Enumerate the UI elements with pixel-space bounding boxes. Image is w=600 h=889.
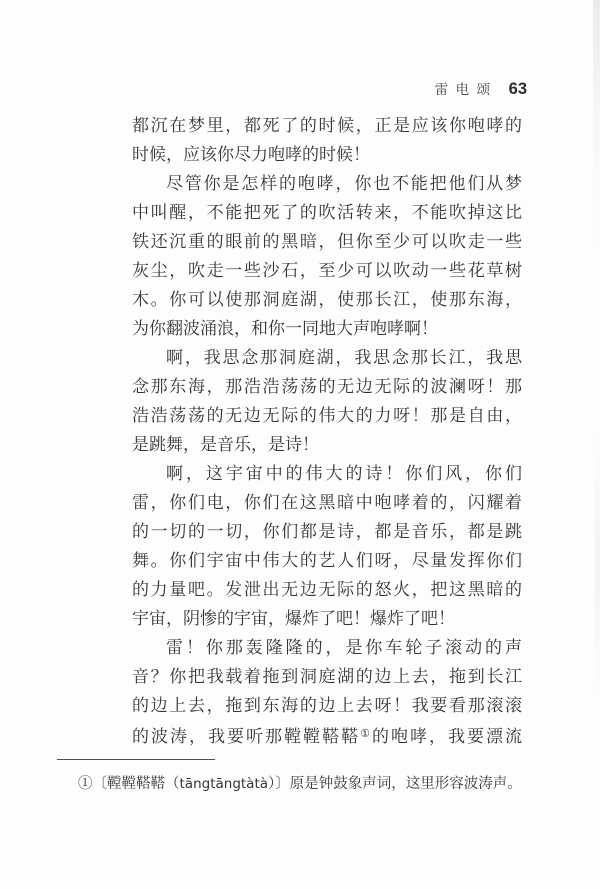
text-line: 的波涛，我要听那鞺鞺鞳鞳①的咆哮，我要漂流 [132, 720, 522, 749]
footnote-definition: 原是钟鼓象声词，这里形容波涛声。 [290, 776, 522, 792]
text-line: 时候，应该你尽力咆哮的时候！ [132, 140, 522, 169]
running-header: 雷电颂 63 [435, 78, 527, 99]
scan-artifact-mid [595, 430, 600, 700]
text-line: 的边上去，拖到东海的边上去呀！我要看那滚滚 [132, 691, 522, 720]
text-line: 啊，这宇宙中的伟大的诗！你们风，你们 [132, 459, 522, 488]
footnote-marker: ① [78, 776, 93, 792]
book-page: 雷电颂 63 都沉在梦里，都死了的时候，正是应该你咆哮的 时候，应该你尽力咆哮的… [0, 0, 600, 889]
text-line: 铁还沉重的眼前的黑暗，但你至少可以吹走一些 [132, 227, 522, 256]
text-line: 音？你把我载着拖到洞庭湖的边上去，拖到长江 [132, 662, 522, 691]
text-line: 雷，你们电，你们在这黑暗中咆哮着的，闪耀着 [132, 488, 522, 517]
text-line: 念那东海，那浩浩荡荡的无边无际的波澜呀！那 [132, 372, 522, 401]
text-line: 灰尘，吹走一些沙石，至少可以吹动一些花草树 [132, 256, 522, 285]
chapter-title: 雷电颂 [435, 78, 498, 98]
footnote-reference: ① [360, 728, 372, 740]
text-line: 啊，我思念那洞庭湖，我思念那长江，我思 [132, 343, 522, 372]
text-line: 宇宙，阴惨的宇宙，爆炸了吧！爆炸了吧！ [132, 604, 522, 633]
text-segment: 的咆哮，我要漂流 [372, 727, 522, 746]
text-line: 是跳舞，是音乐，是诗！ [132, 430, 522, 459]
body-text: 都沉在梦里，都死了的时候，正是应该你咆哮的 时候，应该你尽力咆哮的时候！ 尽管你… [132, 111, 522, 749]
text-line: 木。你可以使那洞庭湖，使那长江，使那东海， [132, 285, 522, 314]
text-line: 尽管你是怎样的咆哮，你也不能把他们从梦 [132, 169, 522, 198]
text-line: 雷！你那轰隆隆的，是你车轮子滚动的声 [132, 633, 522, 662]
footnote-term-close: ）〕 [268, 776, 290, 792]
page-number: 63 [509, 80, 527, 99]
footnote-rule [57, 759, 215, 760]
footnote: ①〔鞺鞺鞳鞳（tāngtāngtàtà）〕原是钟鼓象声词，这里形容波涛声。 [78, 774, 548, 795]
text-line: 的一切的一切，你们都是诗，都是音乐，都是跳 [132, 517, 522, 546]
footnote-pinyin: tāngtāngtàtà [180, 776, 269, 792]
text-line: 舞。你们宇宙中伟大的艺人们呀，尽量发挥你们 [132, 546, 522, 575]
text-line: 都沉在梦里，都死了的时候，正是应该你咆哮的 [132, 111, 522, 140]
text-line: 为你翻波涌浪，和你一同地大声咆哮啊！ [132, 314, 522, 343]
text-line: 浩浩荡荡的无边无际的伟大的力呀！那是自由， [132, 401, 522, 430]
text-segment: 的波涛，我要听那鞺鞺鞳鞳 [132, 727, 360, 746]
text-line: 的力量吧。发泄出无边无际的怒火，把这黑暗的 [132, 575, 522, 604]
scan-artifact-top [593, 0, 600, 255]
text-line: 中叫醒，不能把死了的吹活转来，不能吹掉这比 [132, 198, 522, 227]
footnote-term-open: 〔鞺鞺鞳鞳（ [93, 776, 180, 792]
